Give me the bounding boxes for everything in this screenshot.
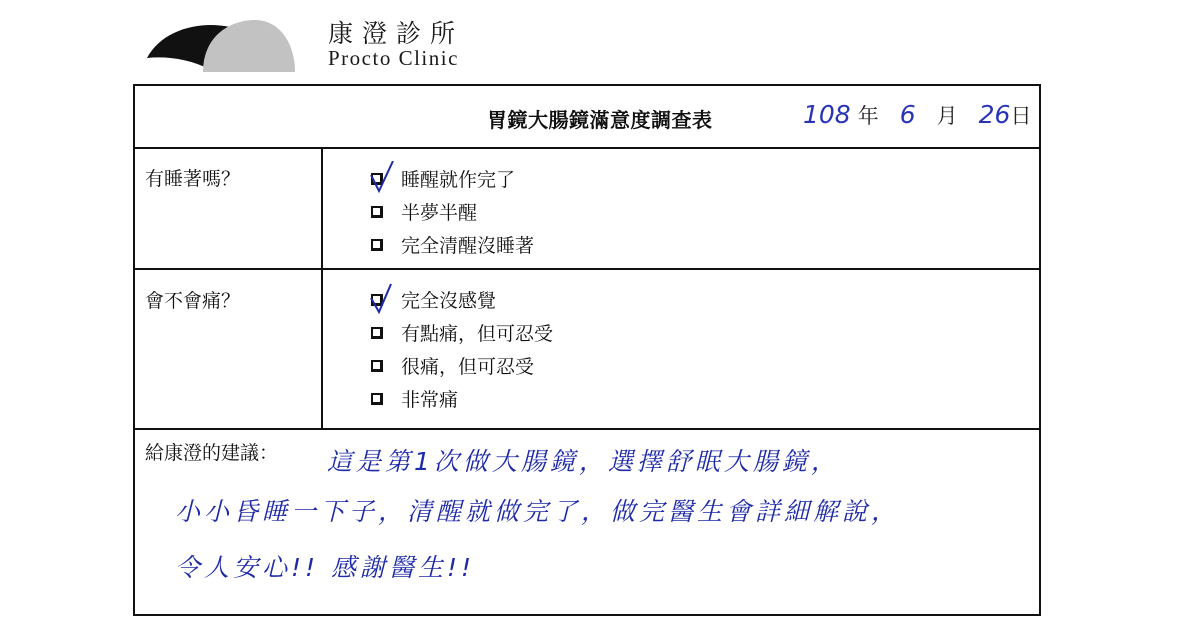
question-pain-label: 會不會痛？ [145,286,240,313]
checkbox[interactable] [371,327,383,339]
divider [135,268,1039,270]
option-label: 非常痛 [401,385,458,412]
year-value: 108 [803,100,851,129]
form-title: 胃鏡大腸鏡滿意度調查表 [487,104,713,133]
option-pain-none[interactable]: 完全沒感覺 [371,283,553,316]
checkmark-icon [369,282,399,316]
checkbox[interactable] [371,294,383,306]
option-sleep-done[interactable]: 睡醒就作完了 [371,162,534,195]
question-pain-options: 完全沒感覺 有點痛，但可忍受 很痛，但可忍受 非常痛 [371,283,553,415]
option-sleep-half[interactable]: 半夢半醒 [371,195,534,228]
option-sleep-awake[interactable]: 完全清醒沒睡著 [371,228,534,261]
checkbox[interactable] [371,206,383,218]
handwritten-line: 小小昏睡一下子，清醒就做完了，做完醫生會詳細解說， [175,492,900,528]
question-sleep-label: 有睡著嗎？ [145,164,240,191]
suggestion-field[interactable]: 給康澄的建議： 這是第1次做大腸鏡，選擇舒眠大腸鏡， 小小昏睡一下子，清醒就做完… [135,430,1039,614]
option-label: 睡醒就作完了 [401,165,515,192]
option-label: 很痛，但可忍受 [401,352,534,379]
column-divider [321,147,323,430]
day-label: 日 [1010,104,1031,128]
year-label: 年 [858,104,879,128]
clinic-name-zh: 康澄診所 [328,14,464,50]
checkmark-icon [369,161,399,195]
month-label: 月 [937,104,958,128]
checkbox[interactable] [371,239,383,251]
survey-form: 胃鏡大腸鏡滿意度調查表 108 年 6 月 26日 有睡著嗎？ 睡醒就作完了 半… [133,84,1041,616]
date-field[interactable]: 108 年 6 月 26日 [803,100,1031,130]
checkbox[interactable] [371,173,383,185]
day-value: 26 [979,100,1011,129]
half-moon-logo-icon [145,14,300,74]
option-pain-slight[interactable]: 有點痛，但可忍受 [371,316,553,349]
checkbox[interactable] [371,360,383,372]
handwritten-line: 令人安心!! 感謝醫生!! [175,548,475,584]
option-pain-extreme[interactable]: 非常痛 [371,382,553,415]
option-label: 有點痛，但可忍受 [401,319,553,346]
option-label: 完全沒感覺 [401,286,496,313]
option-label: 半夢半醒 [401,198,477,225]
question-sleep-options: 睡醒就作完了 半夢半醒 完全清醒沒睡著 [371,162,534,261]
clinic-name-en: Procto Clinic [328,46,459,71]
month-value: 6 [900,100,916,129]
checkbox[interactable] [371,393,383,405]
handwritten-line: 這是第1次做大腸鏡，選擇舒眠大腸鏡， [327,442,840,478]
divider [135,147,1039,149]
suggestion-label: 給康澄的建議： [145,438,278,465]
option-label: 完全清醒沒睡著 [401,231,534,258]
option-pain-very[interactable]: 很痛，但可忍受 [371,349,553,382]
